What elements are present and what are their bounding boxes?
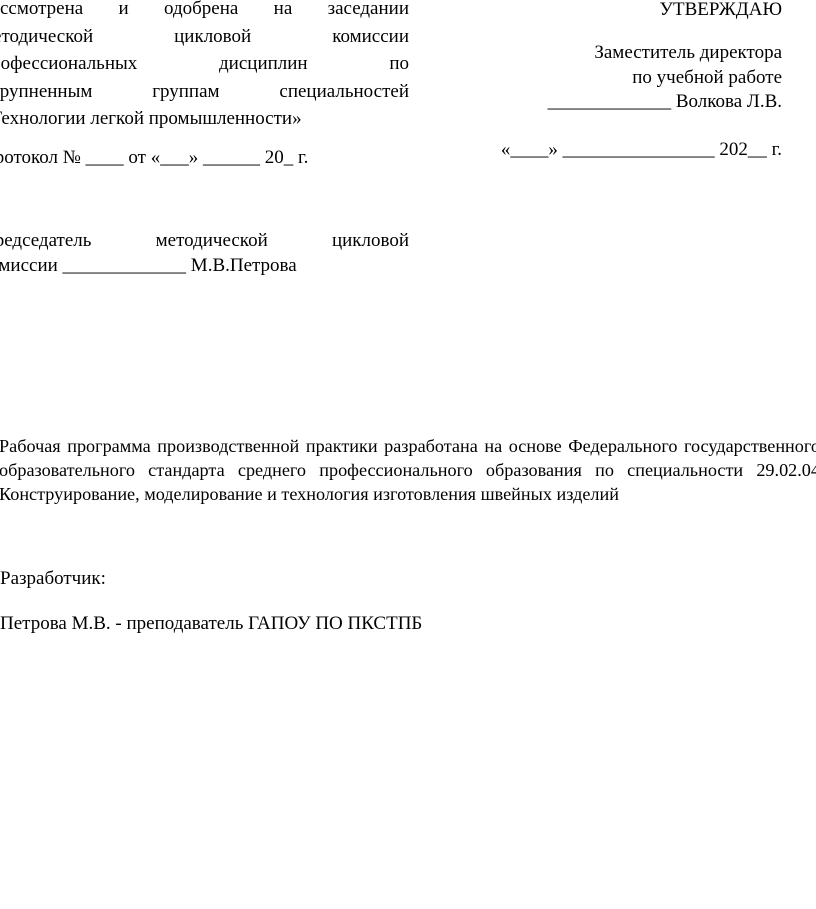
protocol-line-block: Протокол № ____ от «___» ______ 20_ г. — [0, 144, 409, 172]
approver-title-line: по учебной работе — [402, 66, 782, 91]
chairman-signature-line: комиссии _____________ М.В.Петрова — [0, 254, 409, 279]
protocol-line: Протокол № ____ от «___» ______ 20_ г. — [0, 144, 409, 172]
basis-line: Рабочая программа производственной практ… — [0, 434, 816, 458]
basis-line: образовательного стандарта среднего проф… — [0, 458, 816, 482]
developer-line: Петрова М.В. - преподаватель ГАПОУ ПО ПК… — [0, 612, 422, 636]
chairman-signature-block: Председатель методической цикловой комис… — [0, 229, 409, 278]
document-page: Рассмотрена и одобрена на заседании мето… — [0, 0, 816, 909]
approval-date-line: «____» ________________ 202__ г. — [402, 137, 782, 162]
chairman-line: Председатель методической цикловой — [0, 229, 409, 254]
reviewed-line: профессиональных дисциплин по — [0, 50, 409, 78]
approve-heading-block: УТВЕРЖДАЮ — [402, 0, 782, 22]
developer-label: Разработчик: — [0, 567, 106, 591]
approver-block: Заместитель директора по учебной работе … — [402, 41, 782, 115]
approve-heading: УТВЕРЖДАЮ — [402, 0, 782, 22]
basis-line: Конструирование, моделирование и техноло… — [0, 482, 816, 506]
approver-title-line: Заместитель директора — [402, 41, 782, 66]
reviewed-line: Рассмотрена и одобрена на заседании — [0, 0, 409, 23]
reviewed-line: «Технологии легкой промышленности» — [0, 105, 409, 133]
reviewed-line: методической цикловой комиссии — [0, 23, 409, 51]
approval-date-block: «____» ________________ 202__ г. — [402, 137, 782, 162]
reviewed-line: укрупненным группам специальностей — [0, 78, 409, 106]
approver-signature-line: _____________ Волкова Л.В. — [402, 90, 782, 115]
reviewed-approved-block: Рассмотрена и одобрена на заседании мето… — [0, 0, 409, 133]
basis-paragraph: Рабочая программа производственной практ… — [0, 434, 816, 507]
